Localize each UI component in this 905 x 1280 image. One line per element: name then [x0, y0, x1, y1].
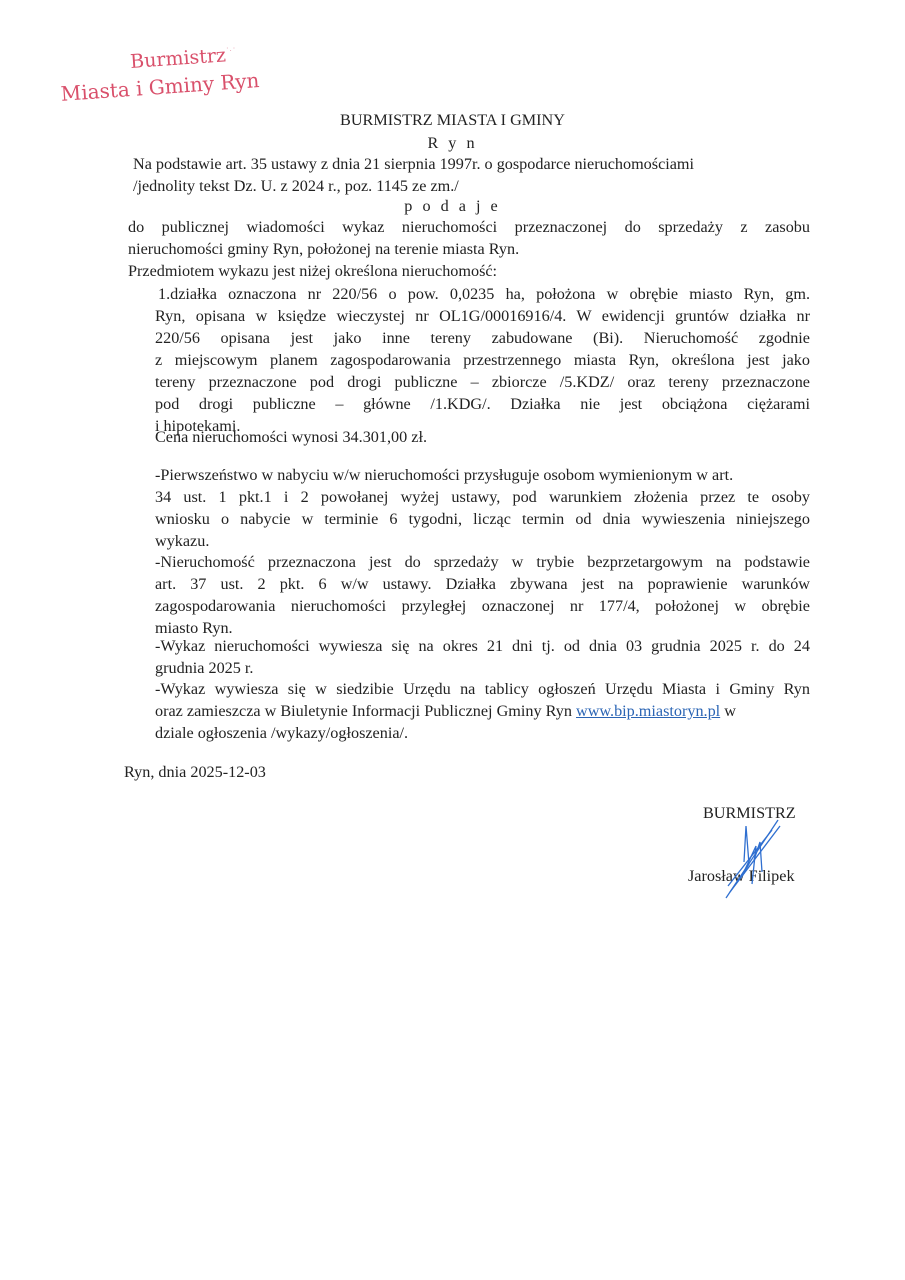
- document-subtitle: R y n: [0, 134, 905, 153]
- notes-line: -Wykaz nieruchomości wywiesza się na okr…: [155, 637, 810, 656]
- property-description-line: z miejscowym planem zagospodarowania prz…: [155, 351, 810, 370]
- property-description-line: tereny przeznaczone pod drogi publiczne …: [155, 373, 810, 392]
- property-description-line: Ryn, opisana w księdze wieczystej nr OL1…: [155, 307, 810, 326]
- intro-line-1: Na podstawie art. 35 ustawy z dnia 21 si…: [133, 155, 694, 174]
- bip-line: oraz zamieszcza w Biuletynie Informacji …: [155, 702, 736, 721]
- podaje-heading: p o d a j e: [0, 197, 905, 216]
- notes-line: grudnia 2025 r.: [155, 659, 253, 678]
- paragraph-1-line-2: nieruchomości gminy Ryn, położonej na te…: [128, 240, 519, 259]
- price-line: Cena nieruchomości wynosi 34.301,00 zł.: [155, 428, 427, 447]
- notes-line: art. 37 ust. 2 pkt. 6 w/w ustawy. Działk…: [155, 575, 810, 594]
- property-description-line: pod drogi publiczne – główne /1.KDG/. Dz…: [155, 395, 810, 414]
- bip-line-prefix: oraz zamieszcza w Biuletynie Informacji …: [155, 702, 576, 720]
- notes-line: zagospodarowania nieruchomości przyległe…: [155, 597, 810, 616]
- intro-line-2: /jednolity tekst Dz. U. z 2024 r., poz. …: [133, 177, 459, 196]
- notes-line: wykazu.: [155, 532, 209, 551]
- place-date: Ryn, dnia 2025-12-03: [124, 763, 266, 782]
- stamp-line-2: Miasta i Gminy Ryn: [60, 67, 260, 108]
- paragraph-2: Przedmiotem wykazu jest niżej określona …: [128, 262, 497, 281]
- handwritten-signature-icon: [722, 812, 782, 902]
- notes-line: -Wykaz wywiesza się w siedzibie Urzędu n…: [155, 680, 810, 699]
- notes-line: -Nieruchomość przeznaczona jest do sprze…: [155, 553, 810, 572]
- stamp-speck: ·.·: [226, 44, 240, 48]
- final-line: dziale ogłoszenia /wykazy/ogłoszenia/.: [155, 724, 408, 743]
- bip-link[interactable]: www.bip.miastoryn.pl: [576, 702, 720, 720]
- bip-line-suffix: w: [720, 702, 736, 720]
- notes-line: 34 ust. 1 pkt.1 i 2 powołanej wyżej usta…: [155, 488, 810, 507]
- notes-line: -Pierwszeństwo w nabyciu w/w nieruchomoś…: [155, 466, 733, 485]
- property-description-line: 220/56 opisana jest jako inne tereny zab…: [155, 329, 810, 348]
- notes-line: miasto Ryn.: [155, 619, 233, 638]
- property-description-line: 1.działka oznaczona nr 220/56 o pow. 0,0…: [158, 285, 810, 304]
- document-title: BURMISTRZ MIASTA I GMINY: [0, 111, 905, 130]
- notes-line: wniosku o nabycie w terminie 6 tygodni, …: [155, 510, 810, 529]
- paragraph-1-line-1: do publicznej wiadomości wykaz nieruchom…: [128, 218, 810, 237]
